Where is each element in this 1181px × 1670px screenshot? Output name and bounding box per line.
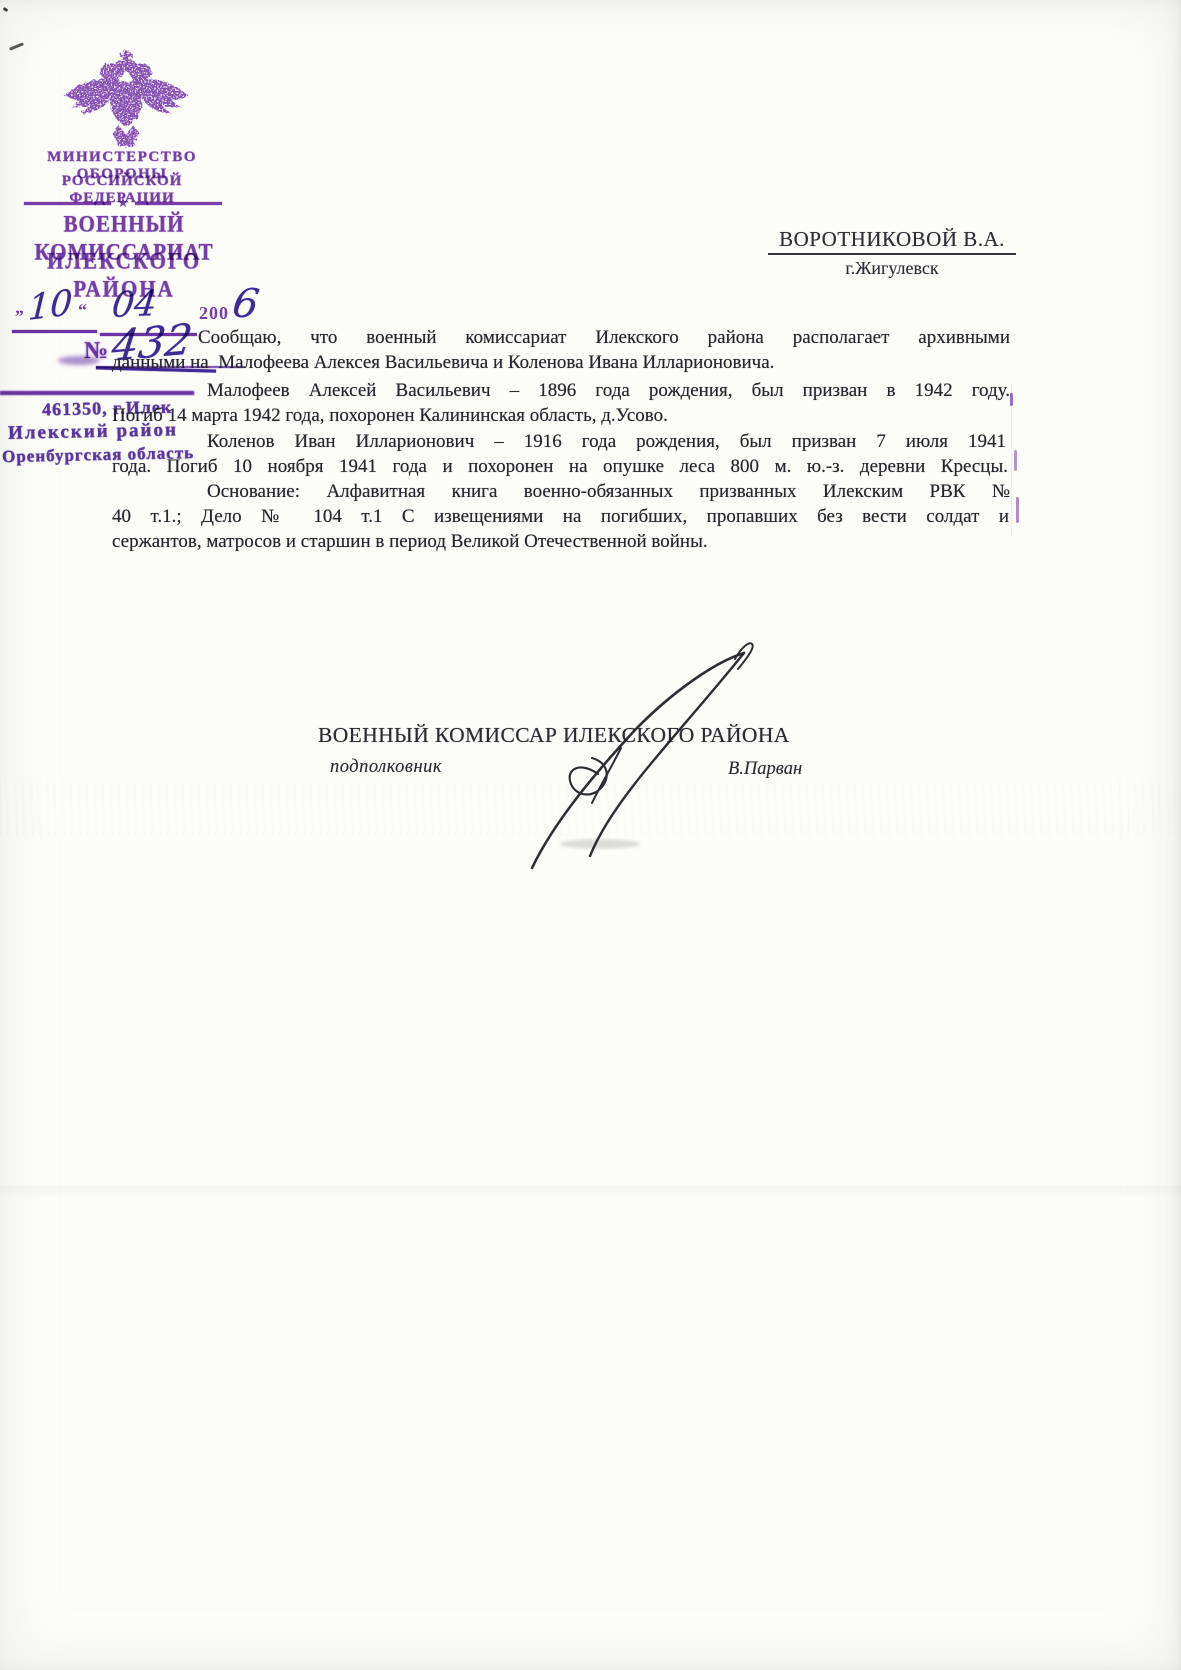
body-line: сержантов, матросов и старшин в период В…	[112, 531, 708, 553]
body-line: 40 т.1.; Дело № 104 т.1 С извещениями на…	[112, 506, 1009, 528]
paper-crease	[0, 1186, 1181, 1198]
letterhead-long-line	[0, 391, 194, 395]
body-line: Погиб 14 марта 1942 года, похоронен Кали…	[112, 405, 668, 427]
scan-artifact-mark	[3, 7, 9, 12]
scan-ink-artifact	[1010, 393, 1013, 406]
divider-bar	[24, 202, 111, 205]
scanned-letter-page: МИНИСТЕРСТВО ОБОРОНЫ РОССИЙСКОЙ ФЕДЕРАЦИ…	[0, 0, 1181, 1670]
body-line: года. Погиб 10 ноября 1941 года и похоро…	[112, 456, 1008, 478]
addressee-name: ВОРОТНИКОВОЙ В.А.	[768, 227, 1016, 255]
body-line: Основание: Алфавитная книга военно-обяза…	[207, 481, 1010, 503]
body-line: Малофеев Алексей Васильевич – 1896 года …	[207, 380, 1010, 402]
scan-ink-artifact	[1014, 450, 1017, 471]
body-line: Коленов Иван Илларионович – 1916 года ро…	[207, 431, 1006, 453]
handwritten-day: 10	[27, 283, 73, 329]
date-underline	[12, 330, 97, 333]
double-eagle-emblem-icon	[60, 48, 192, 154]
body-line: Сообщаю, что военный комиссариат Илекско…	[198, 327, 1010, 349]
signoff-rank: подполковник	[330, 757, 442, 778]
date-open-quote: „	[15, 297, 24, 318]
body-line: данными на Малофеева Алексея Васильевича…	[112, 352, 774, 374]
divider-bar	[135, 202, 222, 205]
scan-ink-artifact	[1016, 497, 1019, 523]
date-close-quote: “	[78, 300, 87, 321]
star-icon: ★	[117, 198, 129, 208]
addressee-city: г.Жигулевск	[768, 258, 1016, 279]
handwritten-signature	[480, 628, 780, 878]
pencil-smudge	[560, 839, 640, 849]
stamp-ink-smudge	[58, 356, 100, 365]
scan-edge-line	[1011, 384, 1012, 536]
scan-artifact-mark	[9, 42, 24, 50]
printed-year-prefix: 200	[199, 303, 229, 324]
letterhead-divider: ★	[24, 198, 222, 208]
